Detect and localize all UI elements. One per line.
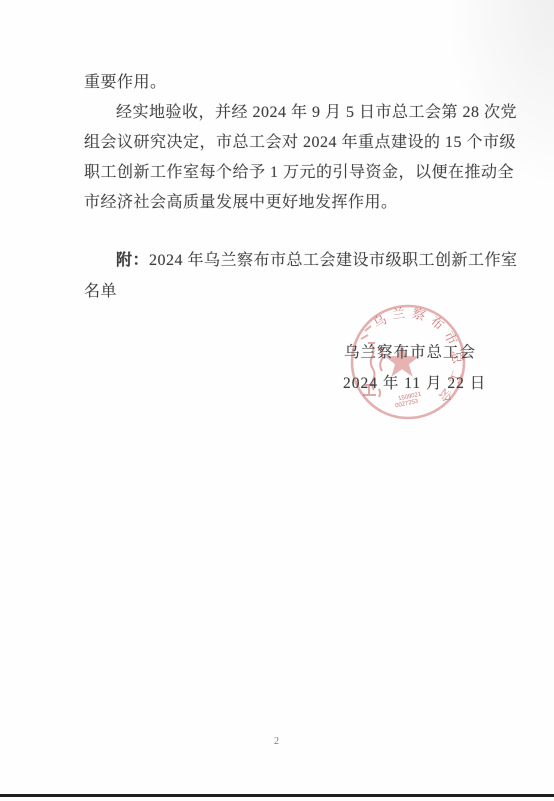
signature-organization: 乌兰察布市总工会 <box>344 340 476 362</box>
attachment-line: 名单 <box>84 281 117 303</box>
attachment-label: 附： <box>116 252 149 269</box>
body-line: 市经济社会高质量发展中更好地发挥作用。 <box>84 192 398 214</box>
page-number: 2 <box>0 736 554 747</box>
attachment-line: 附：2024 年乌兰察布市总工会建设市级职工创新工作室 <box>116 250 518 272</box>
signature-date: 2024 年 11 月 22 日 <box>343 371 486 393</box>
body-line: 职工创新工作室每个给予 1 万元的引导资金，以便在推动全 <box>84 162 514 184</box>
body-line: 经实地验收，并经 2024 年 9 月 5 日市总工会第 28 次党 <box>116 102 517 124</box>
official-seal: 乌兰察布市总工会 1509021 0027253 <box>338 297 478 427</box>
scan-edge <box>0 794 554 797</box>
body-line: 组会议研究决定，市总工会对 2024 年重点建设的 15 个市级 <box>84 132 516 154</box>
document-page: 重要作用。 经实地验收，并经 2024 年 9 月 5 日市总工会第 28 次党… <box>0 0 554 801</box>
body-line: 重要作用。 <box>84 72 167 94</box>
attachment-text: 2024 年乌兰察布市总工会建设市级职工创新工作室 <box>149 252 518 269</box>
